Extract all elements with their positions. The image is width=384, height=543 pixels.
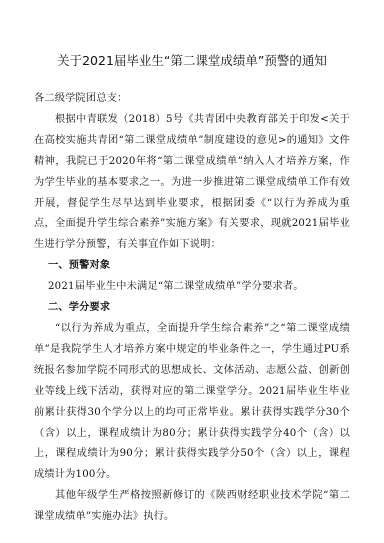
intro-paragraph: 根据中青联发（2018）5号《共青团中央教育部关于印发<关于在高校实施共青团“第…: [34, 110, 350, 256]
document-title: 关于2021届毕业生“第二课堂成绩单”预警的通知: [0, 51, 384, 69]
document-body: 各二级学院团总支： 根据中青联发（2018）5号《共青团中央教育部关于印发<关于…: [34, 89, 350, 528]
section-heading-credit-requirements: 二、学分要求: [34, 298, 350, 319]
section-body-credit-requirements: “以行为养成为重点，全面提升学生综合素养”之“第二课堂成绩单”是我院学生人才培养…: [34, 319, 350, 486]
section-heading-warning-target: 一、预警对象: [34, 256, 350, 277]
closing-paragraph: 其他年级学生严格按照新修订的《陕西财经职业技术学院“第二课堂成绩单”实施办法》执…: [34, 486, 350, 528]
section-body-warning-target: 2021届毕业生中未满足“第二课堂成绩单”学分要求者。: [34, 277, 350, 298]
salutation: 各二级学院团总支：: [34, 89, 350, 110]
